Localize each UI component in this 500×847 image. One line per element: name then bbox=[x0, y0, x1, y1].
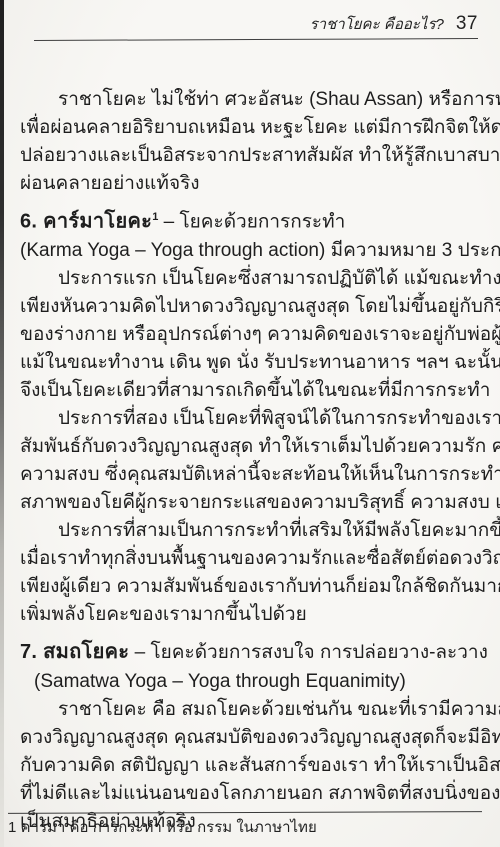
intro-paragraph: ราชาโยคะ ไม่ใช้ท่า ศวะอัสนะ (Shau Assan)… bbox=[20, 86, 478, 198]
paragraph-line: ประการที่สอง เป็นโยคะที่พิสูจน์ได้ในการก… bbox=[20, 405, 478, 433]
paragraph-line: เพิ่มพลังโยคะของเรามากขึ้นไปด้วย bbox=[20, 601, 478, 629]
section-6-title-rest: – โยคะด้วยการกระทำ bbox=[164, 211, 346, 232]
paragraph-line: สภาพของโยคีผู้กระจายกระแสของความบริสุทธิ… bbox=[20, 489, 478, 517]
paragraph-line: เพียงหันความคิดไปหาดวงวิญญาณสูงสุด โดยไม… bbox=[20, 293, 478, 321]
page-content: ราชาโยคะ คืออะไร? 37 ราชาโยคะ ไม่ใช้ท่า … bbox=[20, 0, 478, 836]
section-7-heading: 7. สมถโยคะ – โยคะด้วยการสงบใจ การปล่อยวา… bbox=[20, 637, 478, 668]
book-page: ราชาโยคะ คืออะไร? 37 ราชาโยคะ ไม่ใช้ท่า … bbox=[0, 0, 500, 847]
paragraph-line: เพื่อผ่อนคลายอิริยาบถเหมือน หะฐะโยคะ แต่… bbox=[20, 114, 478, 142]
footnote: 1 คาร์มา คือ การกระทำ หรือ กรรม ในภาษาไท… bbox=[8, 812, 482, 839]
paragraph-line: จึงเป็นโยคะเดียวที่สามารถเกิดขึ้นได้ในขณ… bbox=[20, 377, 478, 405]
paragraph-line: ราชาโยคะ ไม่ใช้ท่า ศวะอัสนะ (Shau Assan)… bbox=[20, 86, 478, 114]
paragraph-line: สัมพันธ์กับดวงวิญญาณสูงสุด ทำให้เราเต็มไ… bbox=[20, 433, 478, 461]
section-7-title-rest: – โยคะด้วยการสงบใจ การปล่อยวาง-ละวาง bbox=[135, 642, 488, 663]
paragraph-line: เพียงผู้เดียว ความสัมพันธ์ของเรากับท่านก… bbox=[20, 573, 478, 601]
paragraph-line: เมื่อเราทำทุกสิ่งบนพื้นฐานของความรักและซ… bbox=[20, 545, 478, 573]
header-rule bbox=[34, 38, 478, 41]
section-6-heading: 6. คาร์มาโยคะ1 – โยคะด้วยการกระทำ bbox=[20, 202, 478, 237]
paragraph-line: แม้ในขณะทำงาน เดิน พูด นั่ง รับประทานอาห… bbox=[20, 349, 478, 377]
paragraph-line: ความสงบ ซึ่งคุณสมบัติเหล่านี้จะสะท้อนให้… bbox=[20, 461, 478, 489]
section-6-paragraph-1: ประการแรก เป็นโยคะซึ่งสามารถปฏิบัติได้ แ… bbox=[20, 265, 478, 405]
page-body: ราชาโยคะ ไม่ใช้ท่า ศวะอัสนะ (Shau Assan)… bbox=[20, 86, 478, 836]
paragraph-line: ของร่างกาย หรืออุปกรณ์ต่างๆ ความคิดของเร… bbox=[20, 321, 478, 349]
footnote-rule bbox=[8, 811, 482, 814]
paragraph-line: ผ่อนคลายอย่างแท้จริง bbox=[20, 170, 478, 198]
section-7-title: 7. สมถโยคะ bbox=[20, 641, 129, 663]
paragraph-line: ปล่อยวางและเป็นอิสระจากประสาทสัมผัส ทำให… bbox=[20, 142, 478, 170]
page-number: 37 bbox=[456, 13, 478, 35]
section-7-english-line: (Samatwa Yoga – Yoga through Equanimity) bbox=[20, 668, 478, 696]
section-6-paragraph-2: ประการที่สอง เป็นโยคะที่พิสูจน์ได้ในการก… bbox=[20, 405, 478, 517]
paragraph-line: ที่ไม่ดีและไม่แน่นอนของโลกภายนอก สภาพจิต… bbox=[20, 780, 478, 808]
section-6-title: 6. คาร์มาโยคะ bbox=[20, 210, 152, 232]
page-header: ราชาโยคะ คืออะไร? 37 bbox=[20, 12, 478, 36]
footnote-text: 1 คาร์มา คือ การกระทำ หรือ กรรม ในภาษาไท… bbox=[8, 817, 482, 839]
paragraph-line: ประการแรก เป็นโยคะซึ่งสามารถปฏิบัติได้ แ… bbox=[20, 265, 478, 293]
footnote-reference: 1 bbox=[152, 211, 158, 223]
paragraph-line: ดวงวิญญาณสูงสุด คุณสมบัติของดวงวิญญาณสูง… bbox=[20, 724, 478, 752]
paragraph-line: ประการที่สามเป็นการกระทำที่เสริมให้มีพลั… bbox=[20, 517, 478, 545]
book-spine-edge bbox=[0, 0, 4, 847]
paragraph-line: ราชาโยคะ คือ สมถโยคะด้วยเช่นกัน ขณะที่เร… bbox=[20, 696, 478, 724]
section-6-english-line: (Karma Yoga – Yoga through action) มีควา… bbox=[20, 237, 478, 265]
paragraph-line: กับความคิด สติปัญญา และสันสการ์ของเรา ทำ… bbox=[20, 752, 478, 780]
running-title: ราชาโยคะ คืออะไร? bbox=[310, 12, 444, 36]
section-6-paragraph-3: ประการที่สามเป็นการกระทำที่เสริมให้มีพลั… bbox=[20, 517, 478, 629]
